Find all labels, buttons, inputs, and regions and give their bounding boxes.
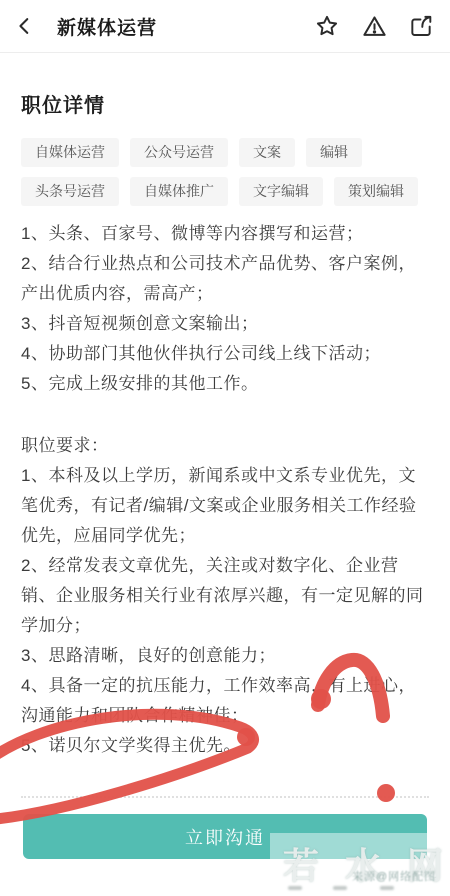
job-description: 1、头条、百家号、微博等内容撰写和运营； 2、结合行业热点和公司技术产品优势、客… (21, 219, 429, 399)
job-tags: 自媒体运营 公众号运营 文案 编辑 头条号运营 自媒体推广 文字编辑 策划编辑 (21, 138, 429, 206)
job-tag[interactable]: 文字编辑 (239, 177, 323, 206)
watermark-reflection-marks (288, 886, 302, 890)
watermark-credit-text: 来源@网络配图 (352, 868, 436, 884)
back-button[interactable] (14, 9, 48, 43)
job-tag[interactable]: 自媒体运营 (21, 138, 119, 167)
requirement-line: 5、诺贝尔文学奖得主优先。 (21, 731, 429, 761)
star-icon (314, 13, 340, 39)
description-line: 5、完成上级安排的其他工作。 (21, 369, 429, 399)
description-line: 1、头条、百家号、微博等内容撰写和运营； (21, 219, 429, 249)
section-title: 职位详情 (21, 94, 429, 118)
description-line: 3、抖音短视频创意文案输出； (21, 309, 429, 339)
requirements-title: 职位要求： (21, 431, 429, 461)
description-line: 4、协助部门其他伙伴执行公司线上线下活动； (21, 339, 429, 369)
requirement-line: 3、思路清晰，良好的创意能力； (21, 641, 429, 671)
chevron-left-icon (14, 15, 36, 37)
requirements-list: 1、本科及以上学历，新闻系或中文系专业优先，文笔优秀，有记者/编辑/文案或企业服… (21, 461, 429, 761)
page-title: 新媒体运营 (57, 13, 157, 40)
job-detail-content: 职位详情 自媒体运营 公众号运营 文案 编辑 头条号运营 自媒体推广 文字编辑 … (0, 94, 450, 859)
job-tag[interactable]: 公众号运营 (130, 138, 228, 167)
description-line: 2、结合行业热点和公司技术产品优势、客户案例，产出优质内容，需高产； (21, 249, 429, 309)
requirement-line: 2、经常发表文章优先，关注或对数字化、企业营销、企业服务相关行业有浓厚兴趣，有一… (21, 551, 429, 641)
job-tag[interactable]: 策划编辑 (334, 177, 418, 206)
nav-bar: 新媒体运营 (0, 0, 450, 53)
requirement-line: 4、具备一定的抗压能力，工作效率高，有上进心，沟通能力和团队合作精神佳； (21, 671, 429, 731)
share-icon (408, 13, 434, 39)
dotted-divider (21, 796, 429, 798)
requirement-line: 1、本科及以上学历，新闻系或中文系专业优先，文笔优秀，有记者/编辑/文案或企业服… (21, 461, 429, 551)
job-requirements: 职位要求： 1、本科及以上学历，新闻系或中文系专业优先，文笔优秀，有记者/编辑/… (21, 431, 429, 761)
header-actions (312, 11, 436, 41)
job-tag[interactable]: 编辑 (306, 138, 362, 167)
job-detail-page: 新媒体运营 (0, 0, 450, 896)
favorite-button[interactable] (312, 11, 342, 41)
report-button[interactable] (359, 11, 389, 41)
job-tag[interactable]: 自媒体推广 (130, 177, 228, 206)
warning-report-icon (361, 13, 388, 40)
job-tag[interactable]: 文案 (239, 138, 295, 167)
job-tag[interactable]: 头条号运营 (21, 177, 119, 206)
share-button[interactable] (406, 11, 436, 41)
contact-now-button[interactable]: 立即沟通 (23, 814, 427, 859)
